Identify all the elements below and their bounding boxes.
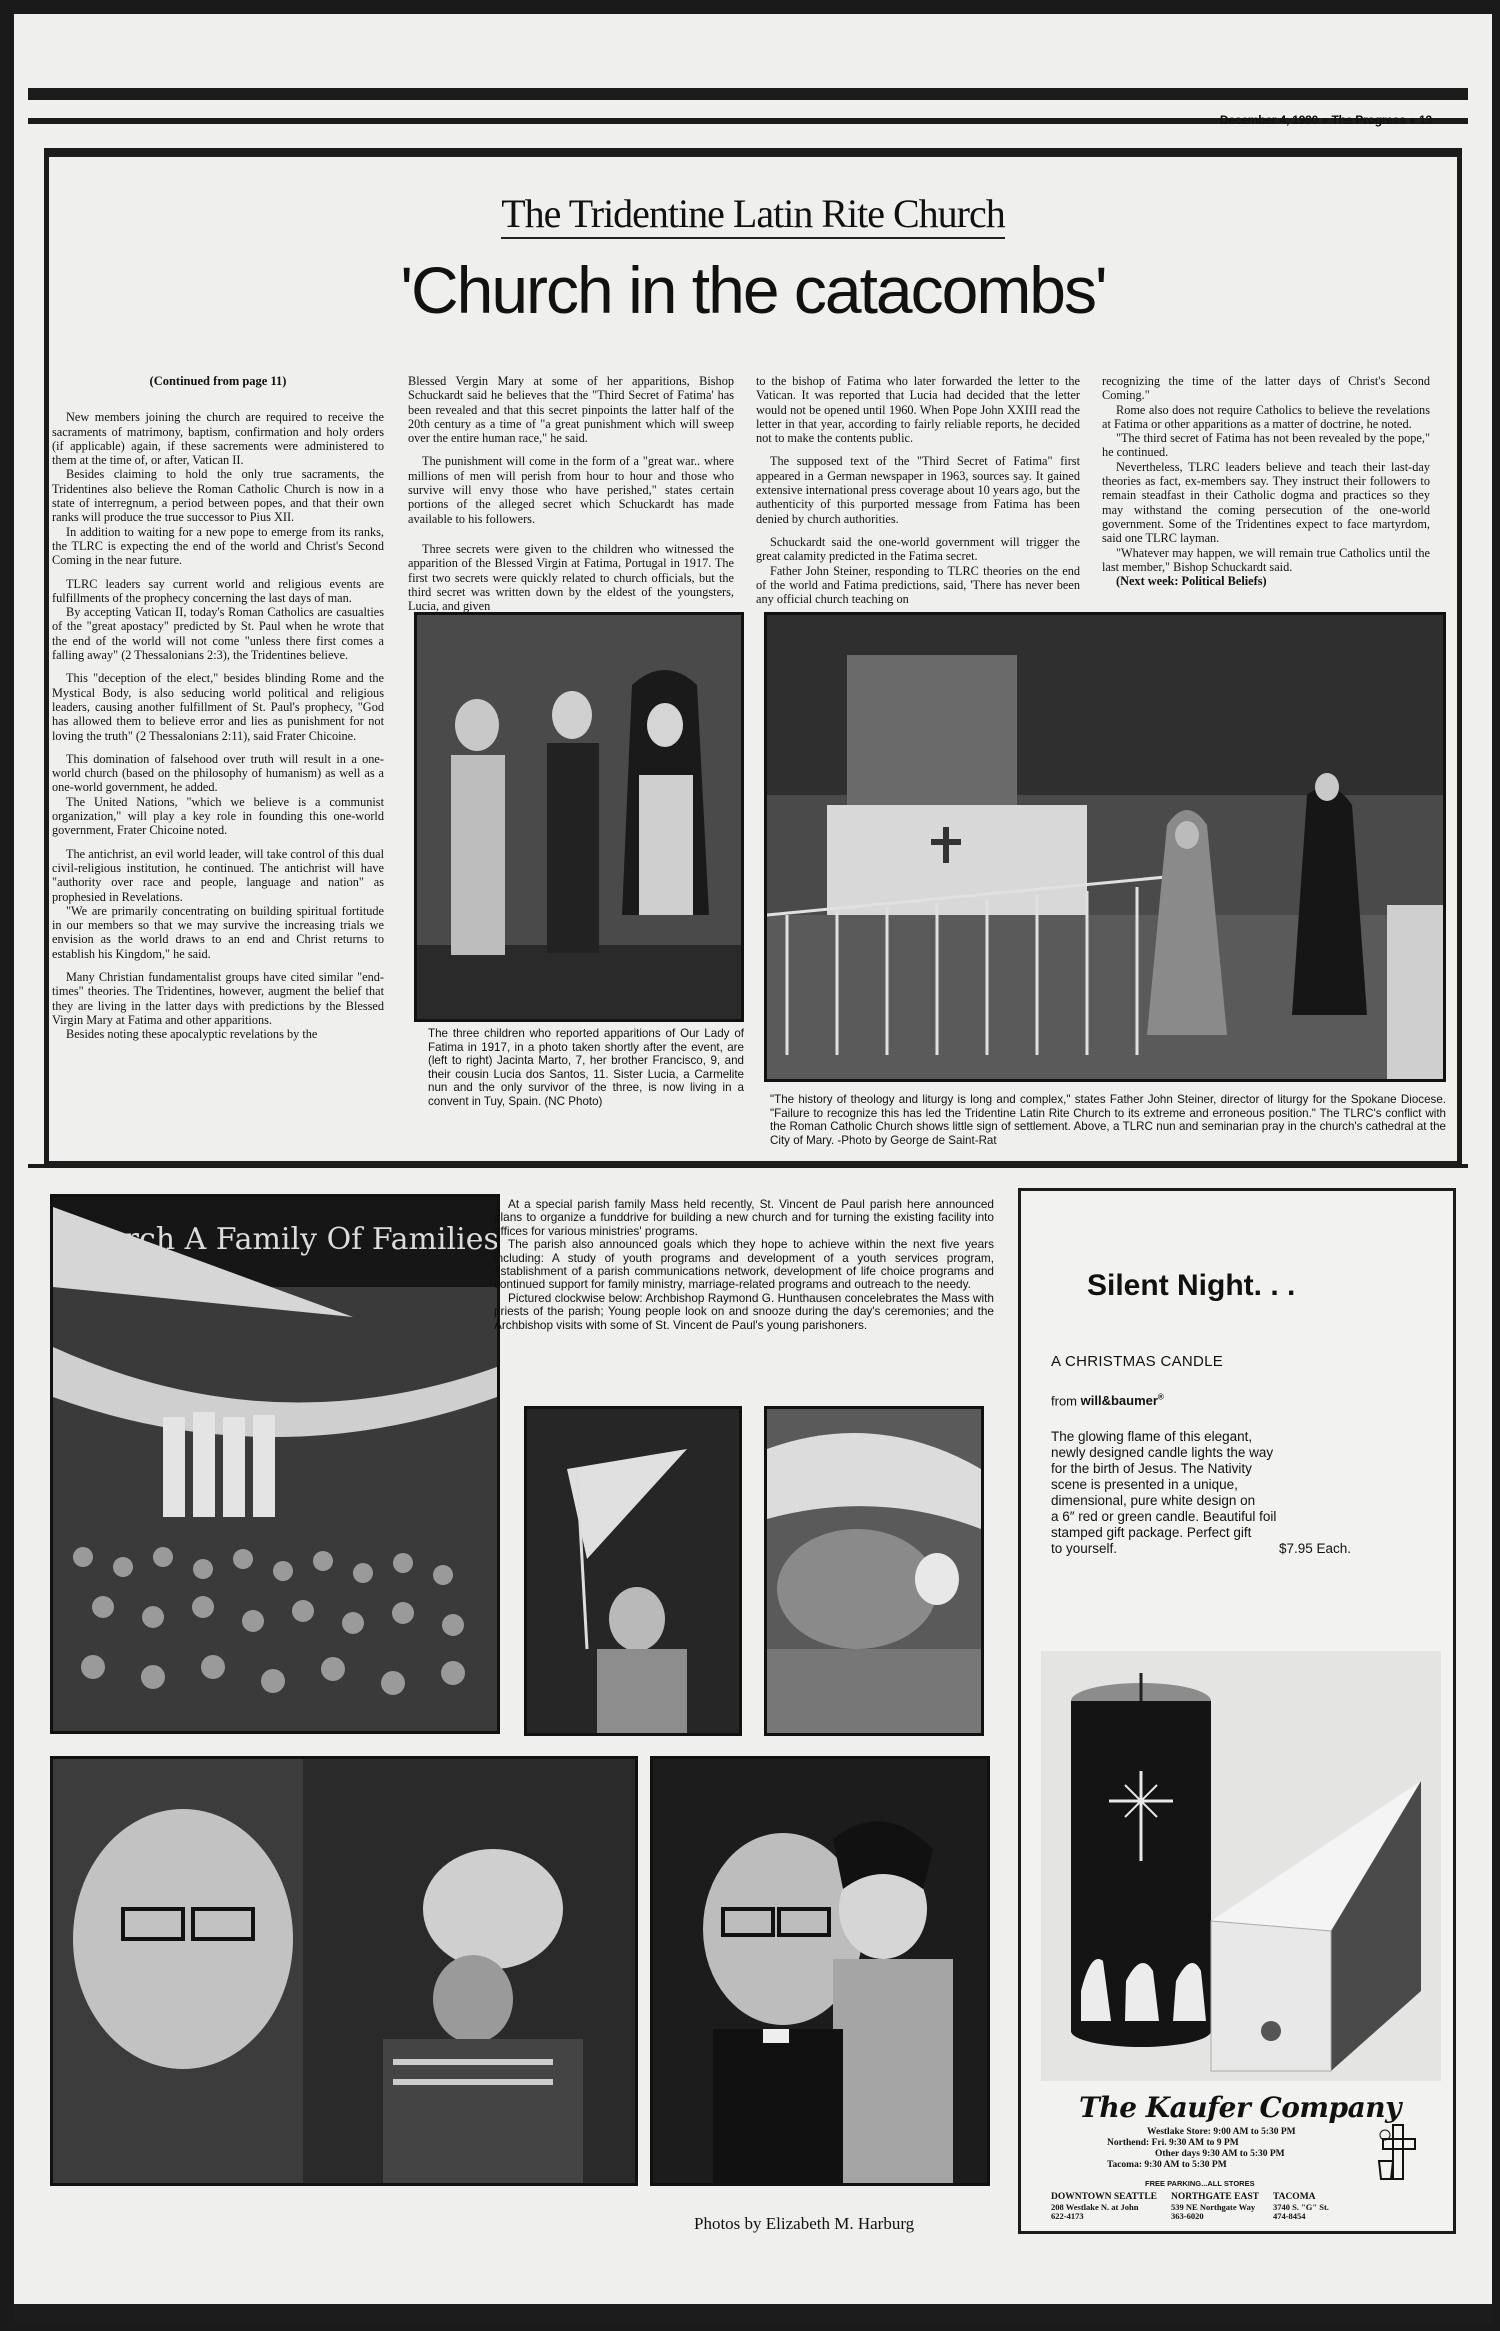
paragraph: Father John Steiner, responding to TLRC … [756,564,1080,607]
brand-name: will&baumer [1081,1393,1158,1408]
cross-and-chalice-icon [1375,2123,1419,2181]
article-headline: 'Church in the catacombs' [14,252,1492,328]
boy-pennant-icon [527,1409,739,1733]
paragraph: "The third secret of Fatima has not been… [1102,431,1430,460]
free-parking-note: FREE PARKING...ALL STORES [1145,2179,1255,2188]
price-row: to yourself. $7.95 Each. [1051,1541,1351,1557]
nativity-scene-icon [1081,1959,1206,2021]
article-kicker: The Tridentine Latin Rite Church [14,190,1492,237]
sleeping-child-icon [767,1409,981,1733]
hours-line: Tacoma: 9:30 AM to 5:30 PM [1107,2160,1296,2171]
paragraph: TLRC leaders say current world and relig… [52,577,384,606]
paragraph: By accepting Vatican II, today's Roman C… [52,605,384,662]
paragraph: Besides claiming to hold the only true s… [52,467,384,524]
ad-description: The glowing flame of this elegant, newly… [1051,1429,1351,1557]
article-column-4: recognizing the time of the latter days … [1102,374,1430,588]
photo-chapel-caption: "The history of theology and liturgy is … [770,1093,1446,1147]
ad-company-name: The Kaufer Company [1079,2091,1401,2124]
candle-product-image [1041,1651,1441,2081]
photo-parish-mass: Church A Family Of Families [50,1194,500,1734]
photo-credit: Photos by Elizabeth M. Harburg [694,2214,914,2234]
store-locations: DOWNTOWN SEATTLE 208 Westlake N. at John… [1051,2193,1329,2222]
store-phone: 363-6020 [1171,2212,1259,2222]
ad-subtitle: A CHRISTMAS CANDLE [1051,1353,1223,1370]
bottom-rule [14,2304,1492,2324]
paragraph: The punishment will come in the form of … [408,454,734,525]
newspaper-page: December 4, 1980 ● The Progress ● 13 The… [14,14,1492,2324]
desc-line: to yourself. [1051,1541,1117,1557]
photo-boy-with-pennant [524,1406,742,1736]
ad-from-label: from [1051,1393,1077,1408]
ad-price: $7.95 Each. [1279,1541,1351,1557]
desc-line: newly designed candle lights the way [1051,1445,1351,1461]
paragraph: Blessed Vergin Mary at some of her appar… [408,374,734,445]
continued-note: (Continued from page 11) [52,374,384,388]
store-hours: Westlake Store: 9:00 AM to 5:30 PM North… [1107,2127,1296,2171]
paragraph: New members joining the church are requi… [52,410,384,467]
hours-line: Northend: Fri. 9:30 AM to 9 PM [1107,2138,1296,2149]
store-phone: 622-4173 [1051,2212,1157,2222]
desc-line: for the birth of Jesus. The Nativity [1051,1461,1351,1477]
article-column-2: Blessed Vergin Mary at some of her appar… [408,374,734,613]
article-column-3: to the bishop of Fatima who later forwar… [756,374,1080,606]
page-folio: December 4, 1980 ● The Progress ● 13 [1220,113,1432,127]
children-silhouettes-icon [417,615,741,1019]
top-rule-thick [28,88,1468,100]
paragraph: Rome also does not require Catholics to … [1102,403,1430,432]
archbishop-portrait-icon [53,1759,635,2183]
paragraph: Schuckardt said the one-world government… [756,535,1080,564]
paragraph: The antichrist, an evil world leader, wi… [52,847,384,904]
paragraph: At a special parish family Mass held rec… [494,1198,994,1238]
paragraph: This domination of falsehood over truth … [52,752,384,795]
mass-crowd-icon: Church A Family Of Families [53,1197,497,1731]
paragraph: The parish also announced goals which th… [494,1238,994,1292]
store-northgate-east: NORTHGATE EAST 539 NE Northgate Way 363-… [1171,2193,1259,2222]
store-tacoma: TACOMA 3740 S. "G" St. 474-8454 [1273,2193,1329,2222]
kicker-text: The Tridentine Latin Rite Church [501,191,1005,239]
paragraph: to the bishop of Fatima who later forwar… [756,374,1080,445]
paragraph: Many Christian fundamentalist groups hav… [52,970,384,1027]
paragraph: The United Nations, "which we believe is… [52,795,384,838]
paragraph: recognizing the time of the latter days … [1102,374,1430,403]
registered-mark-icon: ® [1158,1393,1164,1402]
paragraph: "Whatever may happen, we will remain tru… [1102,546,1430,575]
paragraph: This "deception of the elect," besides b… [52,671,384,742]
paragraph: Nevertheless, TLRC leaders believe and t… [1102,460,1430,546]
photo-archbishop-left [50,1756,638,2186]
photo-fatima-caption: The three children who reported appariti… [428,1027,744,1109]
photo-fatima-children [414,612,744,1022]
paragraph: The supposed text of the "Third Secret o… [756,454,1080,525]
chapel-scene-icon [767,615,1443,1079]
article-column-1: (Continued from page 11) New members joi… [52,374,384,1041]
section-divider [28,1164,1468,1168]
photo-tlrc-chapel [764,612,1446,1082]
ad-brand: will&baumer® [1081,1393,1164,1408]
paragraph: Pictured clockwise below: Archbishop Ray… [494,1292,994,1332]
store-phone: 474-8454 [1273,2212,1329,2222]
store-downtown-seattle: DOWNTOWN SEATTLE 208 Westlake N. at John… [1051,2193,1157,2222]
paragraph: Three secrets were given to the children… [408,542,734,613]
desc-line: stamped gift package. Perfect gift [1051,1525,1351,1541]
ad-brand-line: from will&baumer® [1051,1393,1164,1408]
hours-line: Other days 9:30 AM to 5:30 PM [1107,2149,1296,2160]
advertisement-candle: Silent Night. . . A CHRISTMAS CANDLE fro… [1018,1188,1456,2234]
ad-title: Silent Night. . . [1087,1269,1295,1303]
photo-sleeping-child [764,1406,984,1736]
desc-line: The glowing flame of this elegant, [1051,1429,1351,1445]
paragraph: In addition to waiting for a new pope to… [52,525,384,568]
hours-line: Westlake Store: 9:00 AM to 5:30 PM [1107,2127,1296,2138]
desc-line: a 6″ red or green candle. Beautiful foil [1051,1509,1351,1525]
desc-line: scene is presented in a unique, [1051,1477,1351,1493]
desc-line: dimensional, pure white design on [1051,1493,1351,1509]
paragraph: "We are primarily concentrating on build… [52,904,384,961]
paragraph: Besides noting these apocalyptic revelat… [52,1027,384,1041]
photo-archbishop-with-child [650,1756,990,2186]
next-week-note: (Next week: Political Beliefs) [1102,574,1430,588]
parish-story: At a special parish family Mass held rec… [494,1198,994,1332]
archbishop-child-icon [653,1759,987,2183]
